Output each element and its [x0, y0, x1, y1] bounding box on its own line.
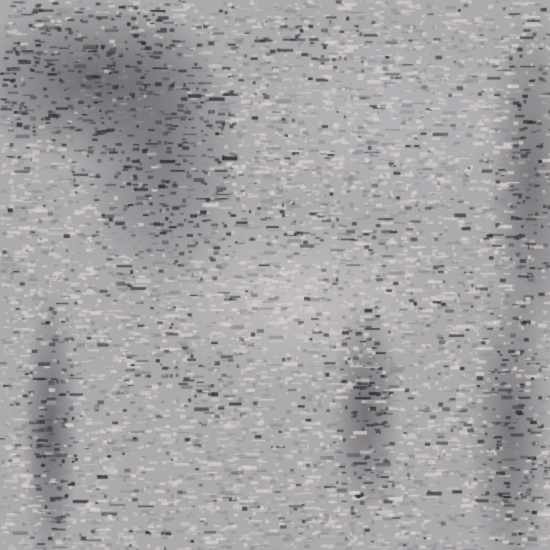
rug-texture	[0, 0, 550, 550]
texture-noise-layer	[0, 0, 550, 550]
